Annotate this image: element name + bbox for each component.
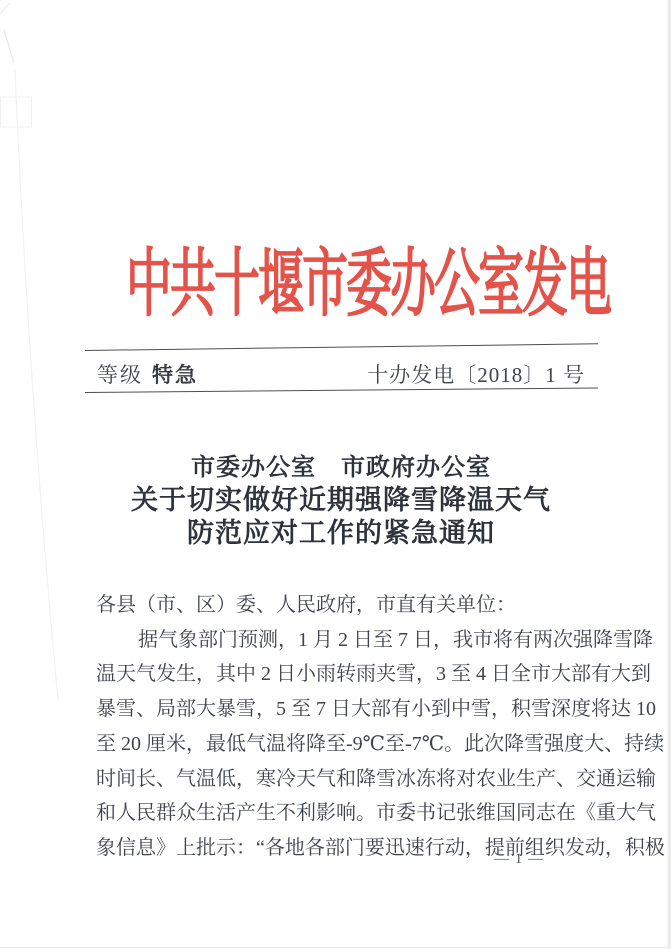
salutation-line: 各县（市、区）委、人民政府，市直有关单位： [96,588,593,623]
body-line: 据气象部门预测，1 月 2 日至 7 日，我市将有两次强降雪降 [96,623,593,658]
scan-crease-corner [0,3,10,14]
document-body: 各县（市、区）委、人民政府，市直有关单位： 据气象部门预测，1 月 2 日至 7… [96,588,593,866]
body-line: 时间长、气温低，寒冷天气和降雪冰冻将对农业生产、交通运输 [96,762,593,797]
grade-value: 特急 [152,359,198,389]
body-line: 暴雪、局部大暴雪，5 至 7 日大部有小到中雪，积雪深度将达 10 [96,692,593,727]
title-line-issuers: 市委办公室 市政府办公室 [85,453,597,484]
scan-fold-line [15,70,58,700]
body-line: 和人民群众生活产生不利影响。市委书记张维国同志在《重大气 [96,796,593,831]
doc-number: 十办发电〔2018〕1 号 [367,359,585,389]
page-number: — 1 — [494,851,544,868]
document-page: 中共十堰市委办公室发电 等级 特急 十办发电〔2018〕1 号 市委办公室 市政… [0,0,671,949]
title-line-subject-1: 关于切实做好近期强降雪降温天气 [85,484,597,517]
body-line: 至 20 厘米，最低气温将降至-9℃至-7℃。此次降雪强度大、持续 [96,727,593,762]
grade-row: 等级 特急 十办发电〔2018〕1 号 [0,359,671,385]
grade-label: 等级 [97,359,143,389]
scan-edge-right [668,0,671,949]
scan-crease-top-left [4,30,14,63]
document-title: 市委办公室 市政府办公室 关于切实做好近期强降雪降温天气 防范应对工作的紧急通知 [85,453,597,550]
letterhead-title: 中共十堰市委办公室发电 [126,228,610,340]
scan-fold-box [1,97,32,127]
body-line: 温天气发生，其中 2 日小雨转雨夹雪，3 至 4 日全市大部有大到 [96,657,593,692]
title-line-subject-2: 防范应对工作的紧急通知 [85,517,597,550]
header-rule-top [85,343,598,351]
